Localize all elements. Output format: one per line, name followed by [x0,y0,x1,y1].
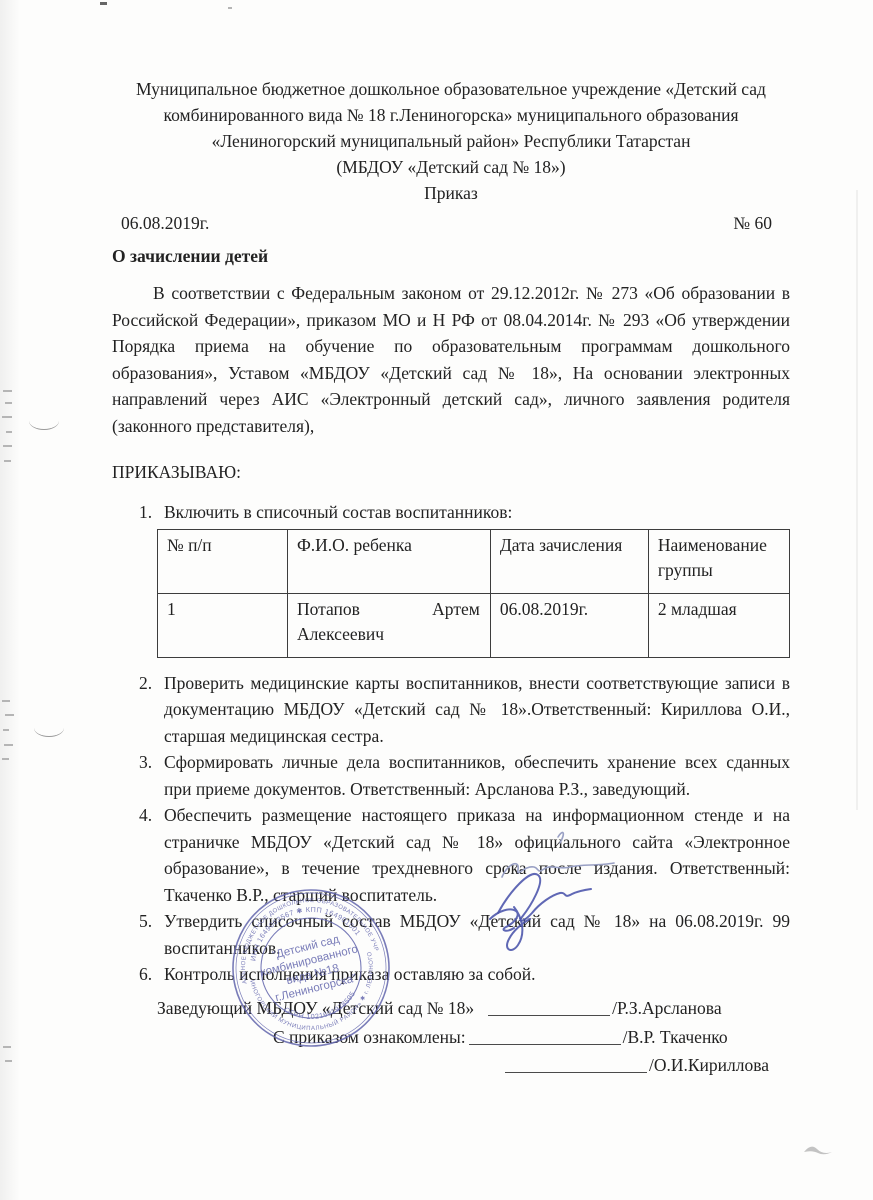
org-abbreviation-line: (МБДОУ «Детский сад № 18») [112,154,790,180]
cell-fio: Потапов Артем Алексеевич [287,593,490,657]
signature-ink-arslanova [502,832,614,877]
scan-speck [4,744,13,746]
signature-ink-tkachenko [498,874,591,921]
scan-speck [2,758,9,760]
signature-row-acknowledged-2: /О.И.Кириллова [112,1050,790,1079]
signature-name: /Р.З.Арсланова [612,995,722,1021]
date-number-row: 06.08.2019г. № 60 [112,210,790,236]
signature-name: /О.И.Кириллова [649,1052,769,1078]
scan-speck [5,402,12,404]
order-item-3: 3. Сформировать личные дела воспитаннико… [112,749,790,802]
order-item-2: 2. Проверить медицинские карты воспитанн… [112,670,790,750]
scan-squiggle [800,1139,836,1161]
col-header-date: Дата зачисления [490,529,648,593]
item-number: 5. [139,908,164,961]
scan-speck [5,1060,12,1062]
item-text: Сформировать личные дела воспитанников, … [164,749,790,802]
cell-no: 1 [158,593,288,657]
official-round-stamp: МУНИЦИПАЛЬНОЕ БЮДЖЕТНОЕ ДОШКОЛЬНОЕ ОБРАЗ… [227,884,395,1052]
scan-speck [4,460,11,462]
scan-arc-mark [29,412,59,430]
handwritten-signatures [470,823,700,958]
col-header-group: Наименование группы [648,529,789,593]
enrollment-table: № п/п Ф.И.О. ребенка Дата зачисления Наи… [157,529,790,658]
fio-first-line: Потапов Артем [297,597,480,623]
org-name-line: комбинированного вида № 18 г.Лениногорск… [112,102,790,128]
scan-streak [856,190,858,810]
scan-speck [228,7,232,9]
table-row: 1 Потапов Артем Алексеевич 06.08.2019г. … [158,593,790,657]
document-subject: О зачислении детей [112,243,790,269]
org-name-line: Муниципальное бюджетное дошкольное образ… [112,76,790,102]
fio-surname: Потапов [297,597,360,623]
signature-row-director: Заведующий МБДОУ «Детский сад № 18» /Р.З… [112,993,790,1022]
signature-row-acknowledged-1: С приказом ознакомлены: /В.Р. Ткаченко [112,1021,790,1050]
scan-arc-mark [34,719,64,737]
signature-line [505,1070,647,1073]
document-date: 06.08.2019г. [121,210,209,236]
scan-speck [100,2,107,5]
resolve-word: ПРИКАЗЫВАЮ: [112,459,790,485]
fio-patronymic: Алексеевич [297,622,480,648]
scan-speck [3,729,9,731]
signature-line [469,1042,621,1045]
intro-paragraph: В соответствии с Федеральным законом от … [112,280,790,439]
item-text: Включить в списочный состав воспитаннико… [164,499,790,526]
scan-speck [2,416,12,418]
cell-date: 06.08.2019г. [490,593,648,657]
scan-speck [3,390,12,392]
scan-speck [6,431,12,433]
scan-speck [3,445,12,447]
signature-block: Заведующий МБДОУ «Детский сад № 18» /Р.З… [112,993,790,1079]
document-type-title: Приказ [112,180,790,206]
document-number: № 60 [733,210,772,236]
col-header-fio: Ф.И.О. ребенка [287,529,490,593]
signature-name: /В.Р. Ткаченко [623,1024,728,1050]
order-item-1: 1. Включить в списочный состав воспитанн… [112,499,790,526]
item-number: 6. [139,961,164,988]
item-number: 4. [139,802,164,908]
scan-speck [5,714,14,716]
scanned-document-page: Муниципальное бюджетное дошкольное образ… [0,0,873,1200]
item-text: Проверить медицинские карты воспитаннико… [164,670,790,750]
order-item-6: 6. Контроль исполнения приказа оставляю … [112,961,790,988]
item-number: 3. [139,749,164,802]
cell-group: 2 младшая [648,593,789,657]
fio-given-name: Артем [432,597,480,623]
table-header-row: № п/п Ф.И.О. ребенка Дата зачисления Наи… [158,529,790,593]
item-number: 1. [139,499,164,526]
scan-speck [2,700,10,702]
col-header-no: № п/п [158,529,288,593]
scan-edge-shading [0,0,20,1200]
scan-speck [3,1046,11,1048]
signature-line [488,1013,610,1016]
org-name-line: «Лениногорский муниципальный район» Респ… [112,128,790,154]
item-number: 2. [139,670,164,750]
